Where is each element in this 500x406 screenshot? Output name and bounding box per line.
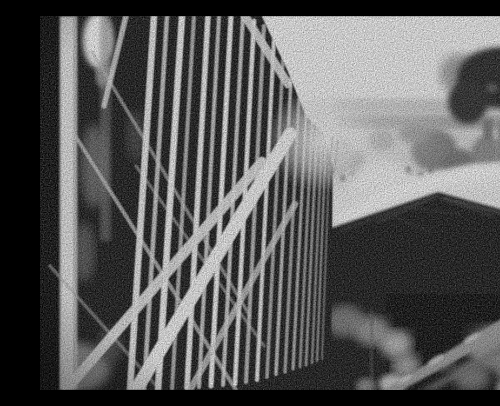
vignette <box>40 16 500 390</box>
film-still-image: Monochrome film still — elevated lattice… <box>40 16 500 390</box>
film-still: Monochrome film still — elevated lattice… <box>40 16 500 390</box>
